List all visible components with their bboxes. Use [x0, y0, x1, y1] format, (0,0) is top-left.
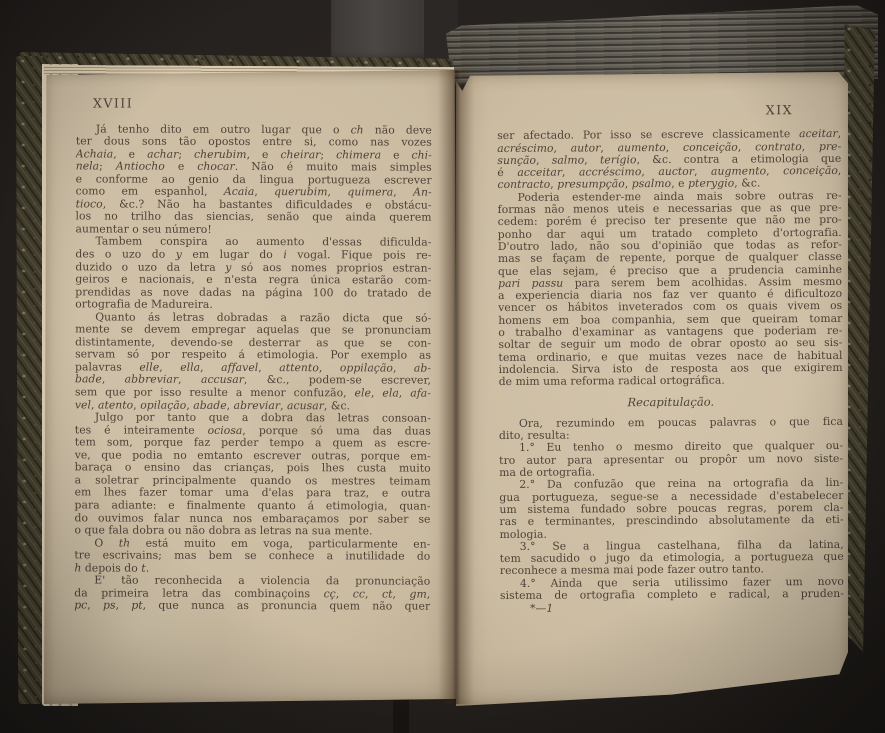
signature-mark: *—1 — [530, 601, 844, 615]
section-heading: Recapitulação. — [499, 394, 843, 408]
page-number-left: XVIII — [93, 97, 432, 111]
text-line: ras e terminantes, prescindindo absoluta… — [500, 514, 844, 528]
text-line: sistema de ortografia completo e radical… — [500, 588, 844, 602]
text-line: de mim uma reforma radical ortográfica. — [499, 374, 843, 388]
left-page: XVIII Já tenho dito em outro lugar que o… — [44, 70, 458, 704]
page-number-right: XIX — [497, 104, 841, 118]
photo-background: XVIII Já tenho dito em outro lugar que o… — [0, 0, 885, 733]
book-stand-post — [331, 0, 431, 62]
text-line: pc, ps, pt, que nunca as pronuncia quem … — [74, 600, 430, 614]
left-page-text: XVIII Já tenho dito em outro lugar que o… — [74, 97, 432, 658]
right-page: XIX ser afectado. Por isso se escreve cl… — [456, 72, 848, 706]
right-page-body-bottom: Ora, rezumindo em poucas palavras o que … — [499, 416, 844, 603]
book-stand-post-bottom — [393, 697, 409, 733]
right-page-body-top: ser afectado. Por isso se escreve classi… — [497, 128, 843, 388]
left-page-body: Já tenho dito em outro lugar que o ch nã… — [74, 123, 432, 614]
right-page-text: XIX ser afectado. Por isso se escreve cl… — [497, 104, 844, 666]
left-cover-marbled-edge-side — [16, 56, 45, 704]
